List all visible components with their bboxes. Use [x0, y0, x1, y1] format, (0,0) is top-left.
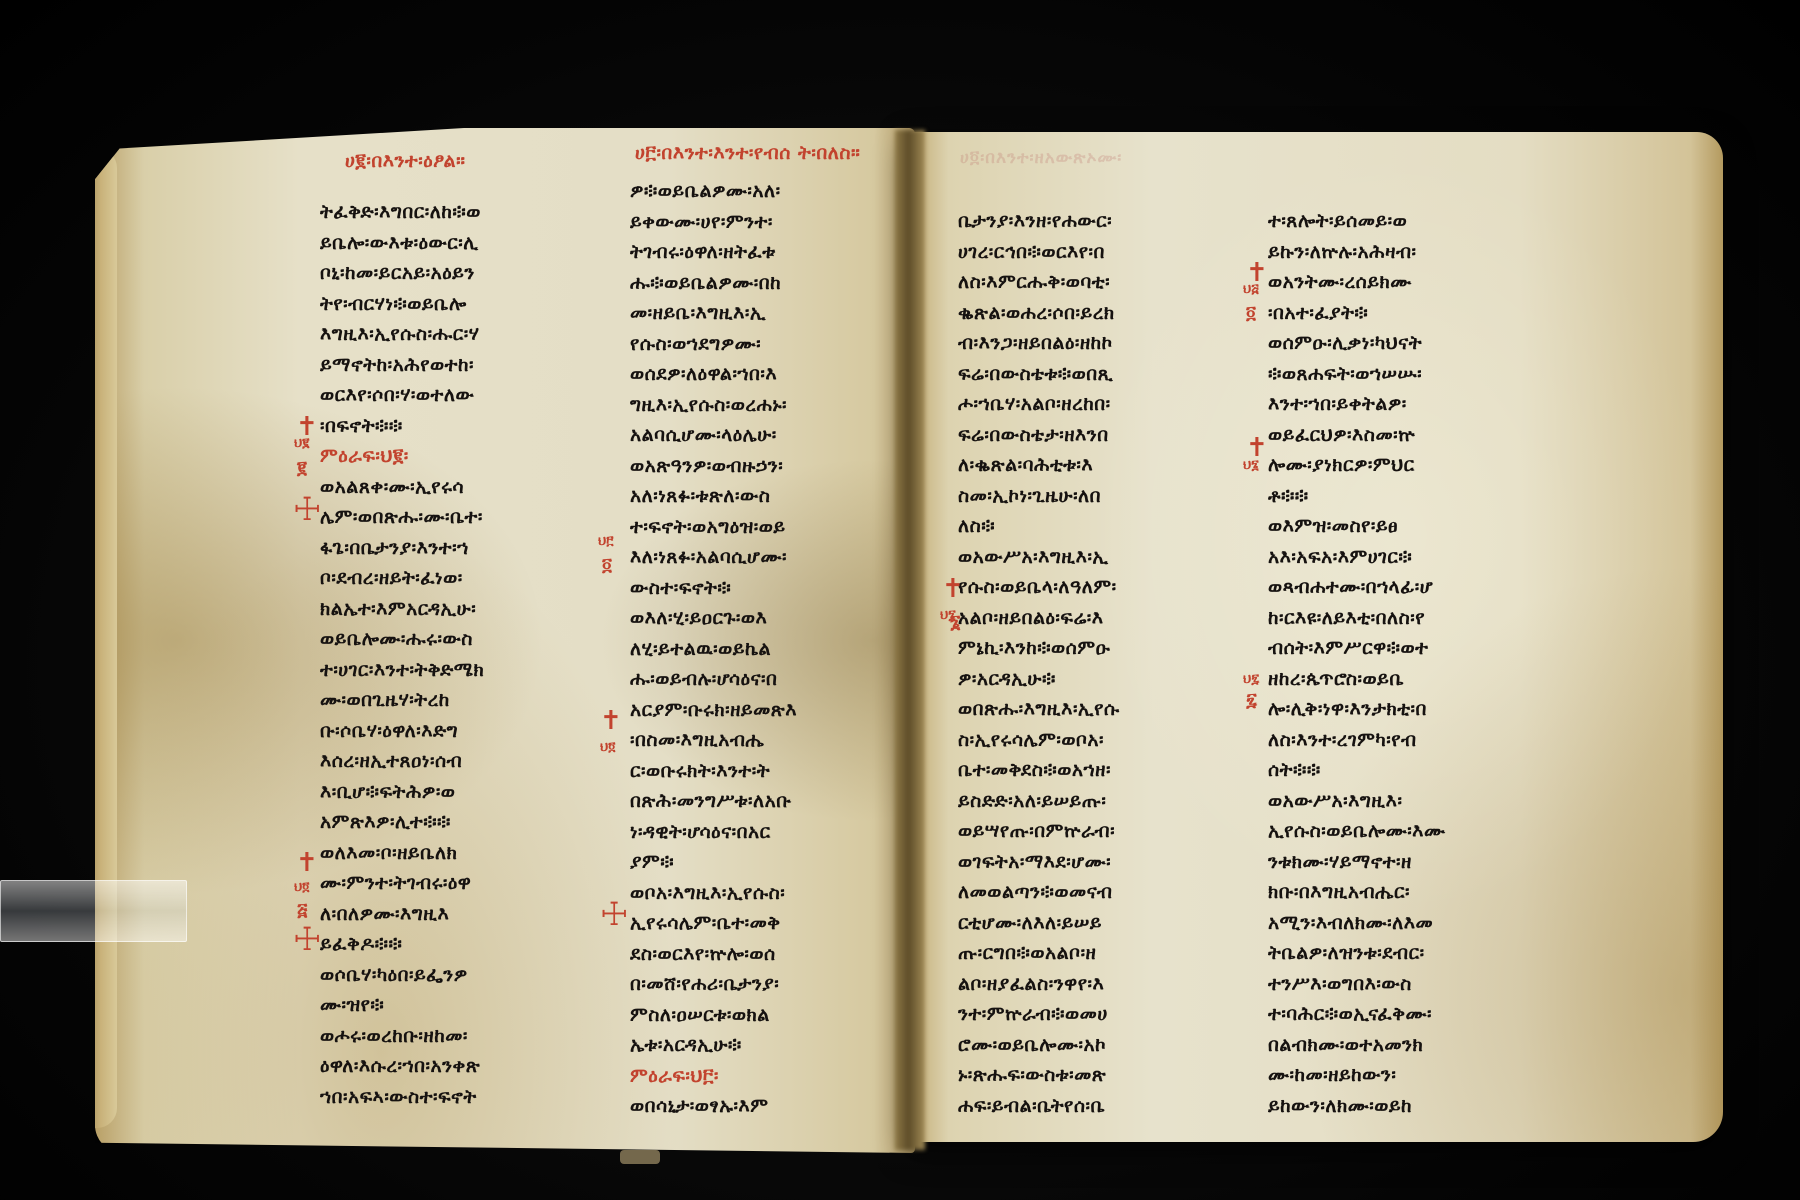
section-number-mark: ህ፭	[1243, 282, 1259, 297]
manuscript-line: ወቦአ፡እግዚእ፡ኢየሱስ፡	[630, 878, 900, 909]
manuscript-line: እግዚእ፡ኢየሱስ፡ሑር፡ሃ	[320, 319, 590, 350]
section-number-mark: ፬	[1246, 303, 1256, 324]
left-page-column-2: ዎ፨ወይቤልዎሙ፡አለ፡ይቀውሙ፡ሀየ፡ምንተ፡ትገብሩ፡ዕዋለ፡ዘትፈቱሑ፨ወ…	[630, 176, 900, 1122]
left-page-column-1: ትፈቅድ፡እግበር፡ለከ፨ወይቤሎ፡ውእቱ፡ዕውር፡ሊቦኒ፡ከመ፡ይርአይ፡አዕ…	[320, 197, 590, 1112]
manuscript-line: ቤታንያ፡እንዘ፡የሐውር፡	[958, 206, 1243, 237]
manuscript-line: ቶ፨፨	[1268, 481, 1553, 512]
manuscript-line: ኤቱ፡አርዳኢሁ፨	[630, 1030, 900, 1061]
manuscript-line: ብ፡እንጋ፡ዘይበልዕ፡ዘከኮ	[958, 328, 1243, 359]
manuscript-line: ወእለ፡ሂ፡ይዐርጉ፡ወእ	[630, 603, 900, 634]
manuscript-line: አለ፡ነጸፉ፡ቱጽለ፡ውስ	[630, 481, 900, 512]
manuscript-line: ይስድድ፡አለ፡ይሠይጡ፡	[958, 786, 1243, 817]
manuscript-line: ለስ፡እምርሑቅ፡ወባቲ፡	[958, 267, 1243, 298]
manuscript-line: ፍሬ፡በውስቴቱ፨ወበጺ	[958, 359, 1243, 390]
section-number-mark: ፮	[950, 612, 961, 633]
manuscript-line: ለስ፨	[958, 511, 1243, 542]
section-number-mark: ፯	[1246, 690, 1257, 711]
rubric-heading-left-col1: ሀ፪፡በእንተ፡ዕፆል።	[345, 150, 465, 172]
manuscript-line: ይፈቅዶ፨፨	[320, 929, 590, 960]
manuscript-line: ይኩን፡ለኵሉ፡አሕዛብ፡	[1268, 237, 1553, 268]
manuscript-line: ይከውን፡ለክሙ፡ወይከ	[1268, 1091, 1553, 1122]
manuscript-line: ወአውሥአ፡እግዚእ፡	[1268, 786, 1553, 817]
manuscript-line: ለ፡በለዎሙ፡እግዚእ	[320, 899, 590, 930]
manuscript-line: የሱስ፡ወኀደግዎሙ፡	[630, 329, 900, 360]
ornament-cross-icon: ☩	[293, 490, 322, 528]
manuscript-line: ልቦ፡ዘያፈልስ፡ንዋየ፡እ	[958, 969, 1243, 1000]
section-number-mark: ህ፬	[600, 740, 615, 755]
ornament-cross-icon: ☩	[600, 895, 629, 933]
manuscript-line: እሰረ፡ዘኢተጸዐነ፡ሰብ	[320, 746, 590, 777]
faded-heading-right: ሀ፬፡በእንተ፡ዘአውጽኦሙ፡	[960, 148, 1122, 168]
manuscript-line: ወይሣየጡ፡በምኵራብ፡	[958, 816, 1243, 847]
manuscript-line: እ፡ቢሆ፨ፍትሕዎ፡ወ	[320, 777, 590, 808]
manuscript-line: ሮሙ፡ወይቤሎሙ፡አኮ	[958, 1030, 1243, 1061]
manuscript-line: ወጻብሐተሙ፡በኀላፊ፡ሆ	[1268, 572, 1553, 603]
manuscript-line: ፡በፍኖት፨፨	[320, 411, 590, 442]
page-edge-wear	[620, 1150, 660, 1164]
manuscript-line: ሎ፡ሊቅ፡ነዋ፡እንታክቲ፡በ	[1268, 694, 1553, 725]
manuscript-line: ቦኒ፡ከመ፡ይርአይ፡አዕይን	[320, 258, 590, 289]
section-number-mark: ፪	[297, 458, 307, 479]
manuscript-line: ለሂ፡ይተልዉ፡ወይኬል	[630, 634, 900, 665]
manuscript-line: ትቤልዎ፡ለዝንቱ፡ደብር፡	[1268, 938, 1553, 969]
section-number-mark: ፬	[602, 555, 612, 576]
open-manuscript: ሀ፪፡በእንተ፡ዕፆል። ሀ፫፡በእንተ፡እንተ፡የብሰ ት፡በለስ። ሀ፬፡በ…	[0, 0, 1800, 1200]
section-number-mark: ህ፫	[598, 534, 613, 549]
manuscript-line: ለመወልጣን፨ወመናብ	[958, 877, 1243, 908]
manuscript-line: ሑ፡ወይብሉ፡ሆሳዕና፡በ	[630, 664, 900, 695]
manuscript-line: ትገብሩ፡ዕዋለ፡ዘትፈቱ	[630, 237, 900, 268]
right-page-column-1: ቤታንያ፡እንዘ፡የሐውር፡ሀገረ፡ርኅበ፨ወርእየ፡በለስ፡እምርሑቅ፡ወባቲ…	[958, 206, 1243, 1121]
right-page-column-2: ተ፡ጸሎት፡ይሰመይ፡ወይኩን፡ለኵሉ፡አሕዛብ፡ወአንትሙ፡ረሰይክሙ፡በአተ…	[1268, 206, 1553, 1121]
manuscript-line: ሑ፨ወይቤልዎሙ፡በከ	[630, 268, 900, 299]
manuscript-line: ብሰት፡እምሥርዋ፨ወተ	[1268, 633, 1553, 664]
manuscript-line: ይቀውሙ፡ሀየ፡ምንተ፡	[630, 207, 900, 238]
manuscript-line: ምስለ፡ዐሠርቱ፡ወክል	[630, 1000, 900, 1031]
manuscript-line: ቤተ፡መቅደስ፨ወአኀዘ፡	[958, 755, 1243, 786]
manuscript-line: ሀገረ፡ርኅበ፨ወርእየ፡በ	[958, 237, 1243, 268]
manuscript-line: ተ፡ባሕር፨ወኢናፈቅሙ፡	[1268, 999, 1553, 1030]
manuscript-line: ለ፡ቈጽል፡ባሕቲቱ፡እ	[958, 450, 1243, 481]
manuscript-line: መ፡ዘይቤ፡እግዚእ፡ኢ	[630, 298, 900, 329]
manuscript-line: ንተ፡ምኵራብ፨ወመሀ	[958, 999, 1243, 1030]
manuscript-line: ኑ፡ጽሑፍ፡ውስቱ፡መጽ	[958, 1060, 1243, 1091]
manuscript-line: ውስተ፡ፍኖት፨	[630, 573, 900, 604]
manuscript-line: ዘከረ፡ጴጥሮስ፡ወይቤ	[1268, 664, 1553, 695]
manuscript-line: ፍሬ፡በውስቴታ፡ዘእንበ	[958, 420, 1243, 451]
manuscript-line: ሌም፡ወበጽሑ፡ሙ፡ቤተ፡	[320, 502, 590, 533]
manuscript-line: አርያም፡ቡሩክ፡ዘይመጽእ	[630, 695, 900, 726]
manuscript-line: ወሰደዎ፡ለዕዋል፡ኀበ፡እ	[630, 359, 900, 390]
manuscript-line: ወአውሥአ፡እግዚእ፡ኢ	[958, 542, 1243, 573]
ornament-cross-icon: ☩	[293, 920, 322, 958]
manuscript-line: ንቱክሙ፡ሃይማኖተ፡ዘ	[1268, 847, 1553, 878]
manuscript-line: ያም፨	[630, 847, 900, 878]
manuscript-line: ተ፡ጸሎት፡ይሰመይ፡ወ	[1268, 206, 1553, 237]
manuscript-line: ወሰምዑ፡ሊቃነ፡ካህናት	[1268, 328, 1553, 359]
manuscript-line: ፋጌ፡በቤታንያ፡እንተ፡ኀ	[320, 533, 590, 564]
manuscript-line: ሙ፡ወበጊዜሃ፡ትረከ	[320, 685, 590, 716]
manuscript-line: ወአጽዓንዎ፡ወብዙኃን፡	[630, 451, 900, 482]
manuscript-line: ወርእየ፡ሶበ፡ሃ፡ወተለው	[320, 380, 590, 411]
manuscript-line: ቈጽል፡ወሐረ፡ሶበ፡ይረክ	[958, 298, 1243, 329]
manuscript-line: እለ፡ነጸፉ፡አልባሲሆሙ፡	[630, 542, 900, 573]
manuscript-line: ር፡ወቡሩክት፡እንተ፡ት	[630, 756, 900, 787]
manuscript-line: ወበጽሑ፡እግዚእ፡ኢየሱ	[958, 694, 1243, 725]
manuscript-line: ተንሥእ፡ወግበእ፡ውስ	[1268, 969, 1553, 1000]
section-number-mark: ህ፮	[1243, 458, 1259, 473]
manuscript-line: ኢየሩሳሌም፡ቤተ፡መቅ	[630, 908, 900, 939]
manuscript-line: ወይፈርህዎ፡እስመ፡ኵ	[1268, 420, 1553, 451]
manuscript-line: ፨ወጸሐፍት፡ወኀሠሡ፡	[1268, 359, 1553, 390]
rubric-heading-left-col2: ሀ፫፡በእንተ፡እንተ፡የብሰ ት፡በለስ።	[635, 142, 885, 164]
section-number-mark: ህ፪	[294, 436, 309, 451]
manuscript-line: ትፈቅድ፡እግበር፡ለከ፨ወ	[320, 197, 590, 228]
manuscript-line: እንተ፡ኀበ፡ይቀትልዎ፡	[1268, 389, 1553, 420]
manuscript-line: ወአልጸቀ፡ሙ፡ኢየሩሳ	[320, 472, 590, 503]
manuscript-line: ኢየሱስ፡ወይቤሎሙ፡እሙ	[1268, 816, 1553, 847]
manuscript-line: ለስ፡እንተ፡ረገምካ፡የብ	[1268, 725, 1553, 756]
manuscript-line: ሙ፡ዝየ፨	[320, 990, 590, 1021]
manuscript-line: ወእምዝ፡መስየ፡ይፀ	[1268, 511, 1553, 542]
acrylic-page-holder	[0, 880, 187, 942]
manuscript-line: ሙ፡ከመ፡ዘይከውን፡	[1268, 1060, 1553, 1091]
manuscript-line: ወሶቤሃ፡ካዕበ፡ይፌንዎ	[320, 960, 590, 991]
manuscript-line: ምዕራፍ፡ህ፫፡	[630, 1061, 900, 1092]
manuscript-line: ሐፍ፡ይብል፡ቤትየሰ፡ቤ	[958, 1091, 1243, 1122]
manuscript-line: አምጽእዎ፡ሊተ፨፨	[320, 807, 590, 838]
manuscript-line: ወይቤሎሙ፡ሑሩ፡ውስ	[320, 624, 590, 655]
section-number-mark: ህ፯	[1243, 672, 1259, 687]
manuscript-line: ወአንትሙ፡ረሰይክሙ	[1268, 267, 1553, 298]
section-number-mark: ህ፬	[294, 880, 309, 895]
manuscript-line: በጽሕ፡መንግሥቱ፡ለአቡ	[630, 786, 900, 817]
manuscript-line: ሰት፨፨	[1268, 755, 1553, 786]
cross-mark-icon: ✝	[600, 706, 622, 736]
manuscript-line: ተ፡ፍኖት፡ወአግዕዝ፡ወይ	[630, 512, 900, 543]
manuscript-line: አሚን፡እብለክሙ፡ለእመ	[1268, 908, 1553, 939]
manuscript-line: ቡ፡ሶቤሃ፡ዕዋለ፡እድግ	[320, 716, 590, 747]
manuscript-line: ኀበ፡አፍኣ፡ውስተ፡ፍኖት	[320, 1082, 590, 1113]
cross-mark-icon: ✝	[942, 574, 964, 604]
manuscript-line: ወሖሩ፡ወረከቡ፡ዘከመ፡	[320, 1021, 590, 1052]
manuscript-line: ይማኖትከ፡አሕየወተከ፡	[320, 350, 590, 381]
manuscript-line: ዎ፨ወይቤልዎሙ፡አለ፡	[630, 176, 900, 207]
manuscript-line: ፡በስመ፡እግዚአብሔ	[630, 725, 900, 756]
manuscript-line: ፡በአተ፡ፈያት፨	[1268, 298, 1553, 329]
manuscript-line: ቦ፡ደብረ፡ዘይት፡ፈነወ፡	[320, 563, 590, 594]
manuscript-line: አእ፡አፍአ፡እምሀገር፨	[1268, 542, 1553, 573]
manuscript-line: ደስ፡ወርእየ፡ኵሎ፡ወሰ	[630, 939, 900, 970]
manuscript-line: ሖ፡ኀቤሃ፡አልቦ፡ዘረከበ፡	[958, 389, 1243, 420]
manuscript-line: በልብክሙ፡ወተአመንክ	[1268, 1030, 1553, 1061]
manuscript-line: ጡ፡ርግበ፨ወአልቦ፡ዘ	[958, 938, 1243, 969]
manuscript-line: ይቤሎ፡ውእቱ፡ዕውር፡ሊ	[320, 228, 590, 259]
manuscript-line: አልቦ፡ዘይበልዕ፡ፍሬ፡እ	[958, 603, 1243, 634]
manuscript-line: ክልኤተ፡እምአርዳኢሁ፡	[320, 594, 590, 625]
manuscript-line: ትየ፡ብርሃነ፨ወይቤሎ	[320, 289, 590, 320]
manuscript-line: ስ፡ኢየሩሳሌም፡ወቦአ፡	[958, 725, 1243, 756]
manuscript-line: ስመ፡ኢኮነ፡ጊዜሁ፡ለበ	[958, 481, 1243, 512]
cross-mark-icon: ✝	[296, 848, 318, 878]
manuscript-line: በ፡መሸ፡የሐሪ፡ቤታንያ፡	[630, 969, 900, 1000]
manuscript-line: ዎ፡አርዳኢሁ፨	[958, 664, 1243, 695]
manuscript-line: ዕዋለ፡እሱረ፡ኀበ፡አንቀጽ	[320, 1051, 590, 1082]
manuscript-line: ክቡ፡በእግዚአብሔር፡	[1268, 877, 1553, 908]
manuscript-line: ግዚእ፡ኢየሱስ፡ወረሐኑ፡	[630, 390, 900, 421]
manuscript-line: ሎሙ፡ያነክርዎ፡ምህር	[1268, 450, 1553, 481]
manuscript-line: ሙ፡ምንተ፡ትገብሩ፡ዕዋ	[320, 868, 590, 899]
section-number-mark: ፭	[297, 900, 307, 921]
manuscript-line: ወገፍትአ፡ማእደ፡ሆሙ፡	[958, 847, 1243, 878]
manuscript-line: አልባሲሆሙ፡ላዕሌሁ፡	[630, 420, 900, 451]
manuscript-line: ከ፡ርእዩ፡ለይእቲ፡በለስ፡የ	[1268, 603, 1553, 634]
manuscript-line: ተ፡ሀገር፡እንተ፡ትቅድሜክ	[320, 655, 590, 686]
manuscript-line: ምኔኪ፡እንከ፨ወሰምዑ	[958, 633, 1243, 664]
manuscript-line: ርቲሆሙ፡ለእለ፡ይሠይ	[958, 908, 1243, 939]
manuscript-line: ወበሳኒታ፡ወፃኡ፡እም	[630, 1091, 900, 1122]
manuscript-line: ነ፡ዳዊት፡ሆሳዕና፡በአር	[630, 817, 900, 848]
manuscript-line: የሱስ፡ወይቤላ፡ለዓለም፡	[958, 572, 1243, 603]
manuscript-line: ወለእመ፡ቦ፡ዘይቤለክ	[320, 838, 590, 869]
manuscript-line: ምዕራፍ፡ህ፪፡	[320, 441, 590, 472]
